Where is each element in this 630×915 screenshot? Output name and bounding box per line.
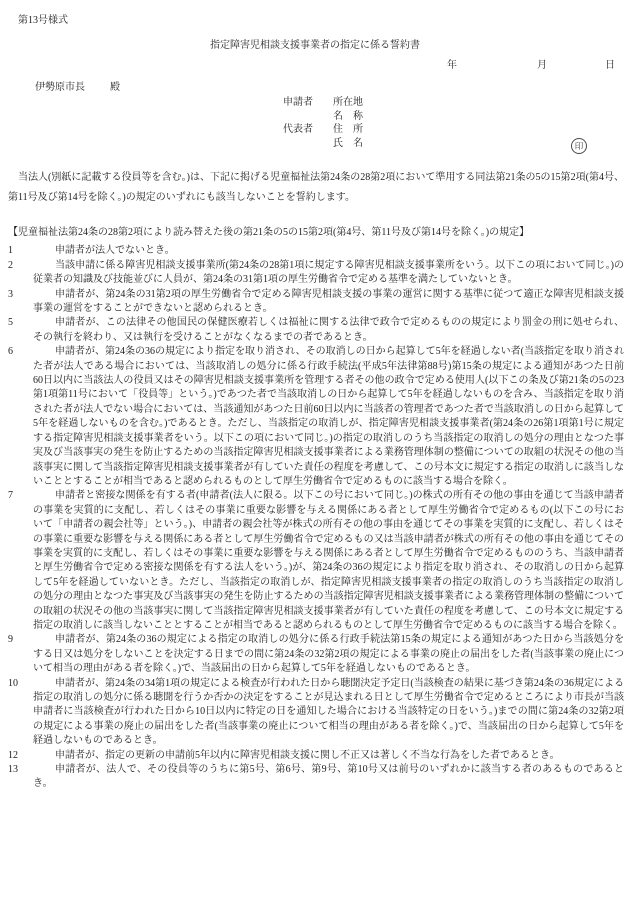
- addressee-line: 伊勢原市長殿: [35, 81, 120, 94]
- addressee-name: 伊勢原市長: [35, 82, 85, 93]
- applicant-block: 申請者 所在地 名 称 代表者 住 所 氏 名: [283, 96, 363, 151]
- provision-number: 1: [8, 244, 30, 258]
- applicant-row: 申請者 所在地: [283, 96, 363, 110]
- provision-number: 6: [8, 345, 30, 359]
- provision-number: 3: [8, 288, 30, 302]
- applicant-row: 代表者 住 所: [283, 123, 363, 137]
- provisions-list: 1 申請者が法人でないとき。 2 当該申請に係る障害児相談支援事業所(第24条の…: [8, 244, 624, 791]
- applicant-row-field: 名 称: [333, 110, 363, 124]
- date-year-label: 年: [447, 56, 457, 71]
- applicant-row: 名 称: [283, 110, 363, 124]
- provision-item: 5 申請者が、この法律その他国民の保健医療若しくは福祉に関する法律で政令で定める…: [8, 316, 624, 345]
- applicant-row-field: 氏 名: [333, 137, 363, 151]
- provision-item: 9 申請者が、第24条の36の規定による指定の取消しの処分に係る行政手続法第15…: [8, 633, 624, 676]
- pledge-paragraph: 当法人(別紙に記載する役員等を含む。)は、下記に掲げる児童福祉法第24条の28第…: [8, 168, 624, 208]
- provision-item: 2 当該申請に係る障害児相談支援事業所(第24条の28第1項に規定する障害児相談…: [8, 259, 624, 288]
- provision-item: 6 申請者が、第24条の36の規定により指定を取り消され、その取消しの日から起算…: [8, 345, 624, 489]
- applicant-row-label: [283, 110, 333, 124]
- provision-item: 12 申請者が、指定の更新の申請前5年以内に障害児相談支援に関し不正又は著しく不…: [8, 749, 624, 763]
- pledge-document-page: 第13号様式 指定障害児相談支援事業者の指定に係る誓約書 年 月 日 伊勢原市長…: [0, 0, 630, 915]
- applicant-row-field: 所在地: [333, 96, 363, 110]
- provision-item: 3 申請者が、第24条の31第2項の厚生労働省令で定める障害児相談支援の事業の運…: [8, 288, 624, 317]
- provision-text: 申請者が、第24条の31第2項の厚生労働省令で定める障害児相談支援の事業の運営に…: [33, 289, 624, 314]
- date-month-label: 月: [537, 56, 547, 71]
- provision-item: 1 申請者が法人でないとき。: [8, 244, 624, 258]
- form-number: 第13号様式: [18, 15, 68, 27]
- provision-number: 12: [8, 749, 30, 763]
- applicant-row-label: [283, 137, 333, 151]
- provisions-heading: 【児童福祉法第24条の28第2項により読み替えた後の第21条の5の15第2項(第…: [8, 226, 624, 240]
- provision-item: 13 申請者が、法人で、その役員等のうちに第5号、第6号、第9号、第10号又は前…: [8, 763, 624, 792]
- provision-text: 申請者が、この法律その他国民の保健医療若しくは福祉に関する法律で政令で定めるもの…: [33, 317, 624, 342]
- provision-text: 申請者が、第24条の34第1項の規定による検査が行われた日から聴聞決定予定日(当…: [33, 678, 624, 747]
- provision-text: 申請者が、第24条の36の規定による指定の取消しの処分に係る行政手続法第15条の…: [33, 634, 624, 674]
- date-day-label: 日: [605, 56, 615, 71]
- provision-number: 5: [8, 316, 30, 330]
- provision-number: 9: [8, 633, 30, 647]
- provision-number: 13: [8, 763, 30, 777]
- document-title: 指定障害児相談支援事業者の指定に係る誓約書: [0, 39, 630, 52]
- document-body: 当法人(別紙に記載する役員等を含む。)は、下記に掲げる児童福祉法第24条の28第…: [8, 168, 624, 792]
- applicant-row-label: 代表者: [283, 123, 333, 137]
- provision-item: 7 申請者と密接な関係を有する者(申請者(法人に限る。以下この号において同じ。)…: [8, 489, 624, 633]
- addressee-honorific: 殿: [110, 82, 120, 93]
- provision-number: 10: [8, 677, 30, 691]
- provision-number: 7: [8, 489, 30, 503]
- provision-item: 10 申請者が、第24条の34第1項の規定による検査が行われた日から聴聞決定予定…: [8, 677, 624, 749]
- date-line: 年 月 日: [0, 56, 630, 69]
- applicant-row-field: 住 所: [333, 123, 363, 137]
- provision-text: 申請者が法人でないとき。: [55, 245, 175, 256]
- seal-icon: 印: [571, 138, 587, 154]
- applicant-row: 氏 名: [283, 137, 363, 151]
- provision-text: 申請者が、指定の更新の申請前5年以内に障害児相談支援に関し不正又は著しく不当な行…: [55, 750, 560, 761]
- provision-text: 申請者と密接な関係を有する者(申請者(法人に限る。以下この号において同じ。)の株…: [33, 490, 624, 631]
- provision-text: 申請者が、第24条の36の規定により指定を取り消され、その取消しの日から起算して…: [33, 346, 624, 487]
- provision-number: 2: [8, 259, 30, 273]
- provision-text: 申請者が、法人で、その役員等のうちに第5号、第6号、第9号、第10号又は前号のい…: [33, 764, 624, 789]
- applicant-row-label: 申請者: [283, 96, 333, 110]
- provision-text: 当該申請に係る障害児相談支援事業所(第24条の28第1項に規定する障害児相談支援…: [33, 260, 624, 285]
